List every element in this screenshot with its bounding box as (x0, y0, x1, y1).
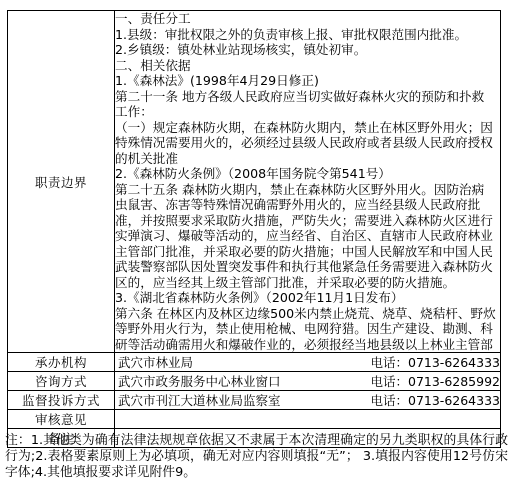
row-label-agency: 承办机构 (8, 353, 115, 372)
footnote: 注：1.其他类为确有法律法规规章依据又不隶属于本次清理确定的另九类职权的具体行政… (5, 433, 508, 480)
duty-boundary-line: 第六条 在林区内及林区边缘500米内禁止烧荒、烧草、烧秸杆、野炊 (115, 306, 500, 322)
table-row-agency: 承办机构 武穴市林业局 电话：0713-6264333 (8, 353, 501, 372)
document-page: 职责边界 一、责任分工1.县级：审批权限之外的负责审核上报、审批权限范围内批准。… (0, 0, 512, 489)
duty-boundary-line: 工作： (115, 104, 500, 120)
consultation-phone: 电话：0713-6285992 (371, 372, 501, 390)
duty-boundary-line: 2.乡镇级：镇处林业站现场核实，镇处初审。 (115, 42, 500, 58)
row-label-complaint: 监督投诉方式 (8, 391, 115, 410)
agency-line: 武穴市林业局 电话：0713-6264333 (115, 355, 500, 370)
complaint-cell: 武穴市刊江大道林业局监察室 电话：0713-6264333 (115, 391, 501, 410)
duty-boundary-line: 1.《森林法》(1998年4月29日修正) (115, 73, 500, 89)
consultation-name: 武穴市政务服务中心林业窗口 (115, 372, 371, 390)
consultation-line: 武穴市政务服务中心林业窗口 电话：0713-6285992 (115, 374, 500, 389)
table-row-complaint: 监督投诉方式 武穴市刊江大道林业局监察室 电话：0713-6264333 (8, 391, 501, 410)
consultation-cell: 武穴市政务服务中心林业窗口 电话：0713-6285992 (115, 372, 501, 391)
duty-boundary-line: 第二十一条 地方各级人民政府应当切实做好森林火灾的预防和扑救 (115, 89, 500, 105)
duty-boundary-line: 区的，应当经其上级主管部门批准，并采取必要的防火措施。 (115, 275, 500, 291)
row-label-consultation: 咨询方式 (8, 372, 115, 391)
table-row-review-opinion: 审核意见 (8, 410, 501, 429)
duty-boundary-line: 虫鼠害、冻害等特殊情况确需野外用火的，应当经县级人民政府批 (115, 197, 500, 213)
duty-boundary-line: 第二十五条 森林防火期内，禁止在森林防火区野外用火。因防治病 (115, 182, 500, 198)
complaint-name: 武穴市刊江大道林业局监察室 (115, 391, 371, 409)
complaint-phone: 电话：0713-6264333 (371, 391, 501, 409)
agency-name: 武穴市林业局 (115, 353, 371, 371)
duty-boundary-line: 1.县级：审批权限之外的负责审核上报、审批权限范围内批准。 (115, 27, 500, 43)
complaint-line: 武穴市刊江大道林业局监察室 电话：0713-6264333 (115, 393, 500, 408)
row-label-review-opinion: 审核意见 (8, 410, 115, 429)
duty-boundary-line: 3.《湖北省森林防火条例》（2002年11月1日发布） (115, 290, 500, 306)
review-opinion-value (115, 412, 500, 427)
duty-boundary-line: 实弹演习、爆破等活动的，应当经省、自治区、直辖市人民政府林业 (115, 228, 500, 244)
duty-boundary-line: 研等活动确需用火和爆破作业的，必须报经当地县级以上林业主管部 (115, 337, 500, 353)
table-row-consultation: 咨询方式 武穴市政务服务中心林业窗口 电话：0713-6285992 (8, 372, 501, 391)
duty-boundary-line: 主管部门批准，并采取必要的防火措施；中国人民解放军和中国人民 (115, 244, 500, 260)
duty-boundary-text: 一、责任分工1.县级：审批权限之外的负责审核上报、审批权限范围内批准。2.乡镇级… (115, 11, 501, 353)
table-row-duty-boundary: 职责边界 一、责任分工1.县级：审批权限之外的负责审核上报、审批权限范围内批准。… (8, 11, 501, 353)
duty-boundary-line: 特殊情况需要用火的，必须经过县级人民政府或者县级人民政府授权 (115, 135, 500, 151)
review-opinion-cell (115, 410, 501, 429)
duty-boundary-line: 等野外用火行为，禁止使用枪械、电网狩猎。因生产建设、勘测、科 (115, 321, 500, 337)
duty-boundary-line: 一、责任分工 (115, 11, 500, 27)
duty-boundary-line: 2.《森林防火条例》（2008年国务院令第541号） (115, 166, 500, 182)
agency-cell: 武穴市林业局 电话：0713-6264333 (115, 353, 501, 372)
duty-boundary-line: （一）规定森林防火期，在森林防火期内，禁止在林区野外用火；因 (115, 120, 500, 136)
duty-boundary-line: 武装警察部队因处置突发事件和执行其他紧急任务需要进入森林防火 (115, 259, 500, 275)
agency-phone: 电话：0713-6264333 (371, 353, 501, 371)
duty-boundary-line: 准，并按照要求采取防火措施，严防失火；需要进入森林防火区进行 (115, 213, 500, 229)
duty-boundary-line: 的机关批准 (115, 151, 500, 167)
row-label-duty-boundary: 职责边界 (8, 11, 115, 353)
duty-boundary-line: 二、相关依据 (115, 58, 500, 74)
responsibility-form-table: 职责边界 一、责任分工1.县级：审批权限之外的负责审核上报、审批权限范围内批准。… (7, 10, 501, 448)
